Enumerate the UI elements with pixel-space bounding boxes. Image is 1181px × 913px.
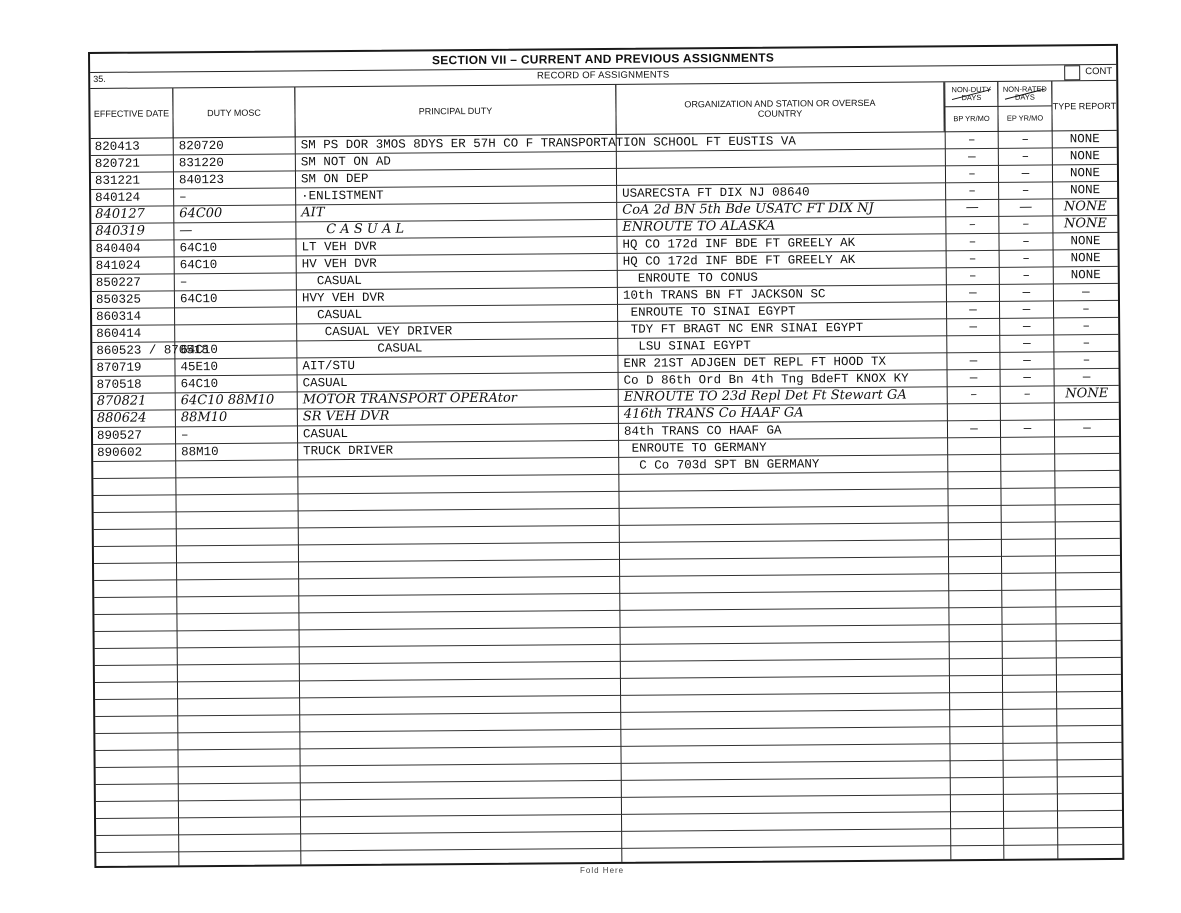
cell-type-report: — <box>1054 283 1118 301</box>
cell-effective-date: 880624 <box>97 410 147 427</box>
cell-effective-date: 820413 <box>95 138 140 155</box>
cell-principal-duty: CASUAL <box>303 374 348 391</box>
header-non-rated-days: NON-RATED DAYS EP YR/MO <box>998 81 1052 130</box>
cell-type-report: NONE <box>1053 215 1117 233</box>
cell-ep: – <box>1001 385 1054 402</box>
cell-principal-duty: CASUAL VEY DRIVER <box>302 322 452 340</box>
cell-bp: — <box>946 199 998 216</box>
cell-ep <box>1001 453 1054 470</box>
cell-type-report: — <box>1055 368 1119 386</box>
cont-checkbox[interactable] <box>1064 65 1080 80</box>
cell-type-report: – <box>1054 334 1118 352</box>
cell-ep: — <box>999 164 1052 181</box>
cell-bp <box>948 437 1000 454</box>
assignments-form: SECTION VII – CURRENT AND PREVIOUS ASSIG… <box>88 44 1124 868</box>
cell-ep: — <box>1000 317 1053 334</box>
cell-type-report: NONE <box>1053 198 1117 216</box>
cell-organization: ENROUTE TO GERMANY <box>624 439 767 457</box>
cont-label: CONT <box>1085 66 1112 77</box>
cell-type-report: – <box>1054 317 1118 335</box>
table-body: 820413820720SM PS DOR 3MOS 8DYS ER 57H C… <box>91 130 1123 866</box>
cell-effective-date: 840319 <box>95 223 145 240</box>
header-principal-duty: PRINCIPAL DUTY <box>295 85 616 137</box>
cell-effective-date: 860314 <box>96 308 141 325</box>
cell-ep: — <box>1000 351 1053 368</box>
header-organization: ORGANIZATION AND STATION OR OVERSEA COUN… <box>616 82 944 134</box>
cell-type-report: NONE <box>1053 232 1117 250</box>
cell-duty-mosc: 64C10 <box>180 341 218 358</box>
cell-type-report: NONE <box>1054 249 1118 267</box>
cell-ep: — <box>1000 283 1053 300</box>
cell-effective-date: 841024 <box>96 257 141 274</box>
cell-type-report: NONE <box>1053 164 1117 182</box>
cell-effective-date: 870719 <box>96 359 141 376</box>
cell-type-report <box>1055 453 1119 471</box>
cell-duty-mosc: 88M10 <box>181 409 228 426</box>
cell-duty-mosc: 64C10 <box>179 239 217 256</box>
cell-principal-duty: ·ENLISTMENT <box>301 187 384 205</box>
cell-bp: — <box>948 420 1000 437</box>
cell-principal-duty: CASUAL <box>302 339 422 357</box>
cell-ep: — <box>1000 300 1053 317</box>
cell-organization: HQ CO 172d INF BDE FT GREELY AK <box>622 234 855 253</box>
cell-bp <box>948 403 1000 420</box>
cell-type-report: NONE <box>1053 181 1117 199</box>
header-type-report: TYPE REPORT <box>1052 81 1116 131</box>
cell-principal-duty: TRUCK DRIVER <box>303 442 393 460</box>
cell-organization: 10th TRANS BN FT JACKSON SC <box>623 285 826 304</box>
cell-effective-date: 840127 <box>95 206 145 223</box>
cell-principal-duty: HVY VEH DVR <box>302 289 385 307</box>
cell-duty-mosc: 840123 <box>179 171 224 188</box>
cell-ep: – <box>999 232 1052 249</box>
cell-organization: TDY FT BRAGT NC ENR SINAI EGYPT <box>623 319 863 338</box>
cell-bp: — <box>947 284 999 301</box>
header-effective-date: EFFECTIVE DATE <box>90 88 173 138</box>
cell-type-report: NONE <box>1053 130 1117 148</box>
cell-type-report: – <box>1054 351 1118 369</box>
cell-principal-duty: CASUAL <box>302 306 362 323</box>
cell-effective-date: 840124 <box>95 189 140 206</box>
cell-ep: — <box>1001 368 1054 385</box>
cell-bp: – <box>946 216 998 233</box>
cell-principal-duty: CASUAL <box>302 272 362 289</box>
cell-ep: – <box>1000 249 1053 266</box>
cell-duty-mosc: 64C10 88M10 <box>181 392 275 410</box>
cell-organization: ENROUTE TO ALASKA <box>622 218 775 236</box>
cell-ep: – <box>999 181 1052 198</box>
cell-duty-mosc: 64C10 <box>180 256 218 273</box>
cell-principal-duty: SM NOT ON AD <box>301 153 391 171</box>
cell-effective-date: 890602 <box>97 444 142 461</box>
cell-duty-mosc: 64C10 <box>180 290 218 307</box>
cell-effective-date: 831221 <box>95 172 140 189</box>
cell-bp: — <box>947 352 999 369</box>
cell-duty-mosc: – <box>179 188 187 205</box>
cell-duty-mosc: 64C10 <box>181 375 219 392</box>
cell-effective-date: 850325 <box>96 291 141 308</box>
cell-effective-date: 860414 <box>96 325 141 342</box>
cell-principal-duty: C A S U A L <box>301 221 404 239</box>
cell-bp: – <box>947 250 999 267</box>
cell-bp: – <box>946 131 998 148</box>
cell-duty-mosc: 820720 <box>179 137 224 154</box>
cell-principal-duty: HV VEH DVR <box>302 255 377 273</box>
cell-principal-duty: AIT <box>301 204 324 221</box>
cell-bp: — <box>946 148 998 165</box>
cell-principal-duty: SR VEH DVR <box>303 408 390 426</box>
cell-effective-date: 870518 <box>97 376 142 393</box>
cell-ep: – <box>1000 266 1053 283</box>
fold-here-label: Fold Here <box>580 866 624 875</box>
header-non-duty-days: NON-DUTY DAYS BP YR/MO <box>945 82 998 131</box>
cell-duty-mosc: – <box>180 273 188 290</box>
cell-ep <box>1001 402 1054 419</box>
cell-ep: – <box>999 215 1052 232</box>
cell-ep: — <box>1000 334 1053 351</box>
cell-type-report: – <box>1054 300 1118 318</box>
cell-organization: USARECSTA FT DIX NJ 08640 <box>622 183 810 201</box>
cell-bp: — <box>947 301 999 318</box>
cell-organization: CoA 2d BN 5th Bde USATC FT DIX NJ <box>622 200 874 219</box>
cell-bp: – <box>948 386 1000 403</box>
cell-duty-mosc: — <box>179 222 192 239</box>
cell-ep <box>1001 436 1054 453</box>
cell-effective-date: 870821 <box>97 393 147 410</box>
cell-effective-date: 890527 <box>97 427 142 444</box>
non-rated-days-label: NON-RATED DAYS <box>998 81 1051 106</box>
cell-principal-duty: SM ON DEP <box>301 170 369 188</box>
bp-label: BP YR/MO <box>945 107 997 131</box>
ep-label: EP YR/MO <box>998 106 1051 130</box>
cell-organization: C Co 703d SPT BN GERMANY <box>624 455 819 474</box>
cell-ep: — <box>999 198 1052 215</box>
cell-ep: – <box>999 147 1052 164</box>
cell-organization: LSU SINAI EGYPT <box>623 337 751 355</box>
cell-type-report <box>1055 436 1119 454</box>
cell-bp: — <box>948 369 1000 386</box>
cell-organization: 84th TRANS CO HAAF GA <box>624 422 782 440</box>
cell-ep: — <box>1001 419 1054 436</box>
cell-bp: – <box>946 233 998 250</box>
cell-organization: ENR 21ST ADJGEN DET REPL FT HOOD TX <box>623 353 886 372</box>
cell-bp: – <box>947 267 999 284</box>
cell-principal-duty: MOTOR TRANSPORT OPERAtor <box>303 390 517 409</box>
cell-bp: – <box>946 165 998 182</box>
cell-organization: ENROUTE TO SINAI EGYPT <box>623 302 796 320</box>
cell-type-report: — <box>1055 419 1119 437</box>
cell-duty-mosc: 45E10 <box>180 358 218 375</box>
cell-type-report: NONE <box>1055 385 1119 403</box>
cell-principal-duty: LT VEH DVR <box>301 238 376 256</box>
cell-organization: HQ CO 172d INF BDE FT GREELY AK <box>623 251 856 270</box>
cell-duty-mosc: 64C00 <box>179 205 222 222</box>
cell-type-report <box>1055 402 1119 420</box>
cell-organization: 416th TRANS Co HAAF GA <box>624 404 804 422</box>
cell-duty-mosc: 88M10 <box>181 443 219 460</box>
cell-duty-mosc: – <box>181 426 189 443</box>
cell-bp: – <box>946 182 998 199</box>
cell-effective-date: 840404 <box>95 240 140 257</box>
cell-bp <box>948 454 1000 471</box>
cell-principal-duty: AIT/STU <box>302 357 355 374</box>
cell-type-report: NONE <box>1054 266 1118 284</box>
cell-principal-duty: CASUAL <box>303 425 348 442</box>
cell-bp: — <box>947 318 999 335</box>
cell-effective-date: 850227 <box>96 274 141 291</box>
cell-effective-date: 820721 <box>95 155 140 172</box>
header-duty-mosc: DUTY MOSC <box>173 87 295 137</box>
non-duty-days-label: NON-DUTY DAYS <box>945 82 997 107</box>
cell-bp <box>947 335 999 352</box>
cell-ep: – <box>999 130 1052 147</box>
cell-organization: ENROUTE TO CONUS <box>623 269 758 287</box>
cell-type-report: NONE <box>1053 147 1117 165</box>
cell-duty-mosc: 831220 <box>179 154 224 171</box>
